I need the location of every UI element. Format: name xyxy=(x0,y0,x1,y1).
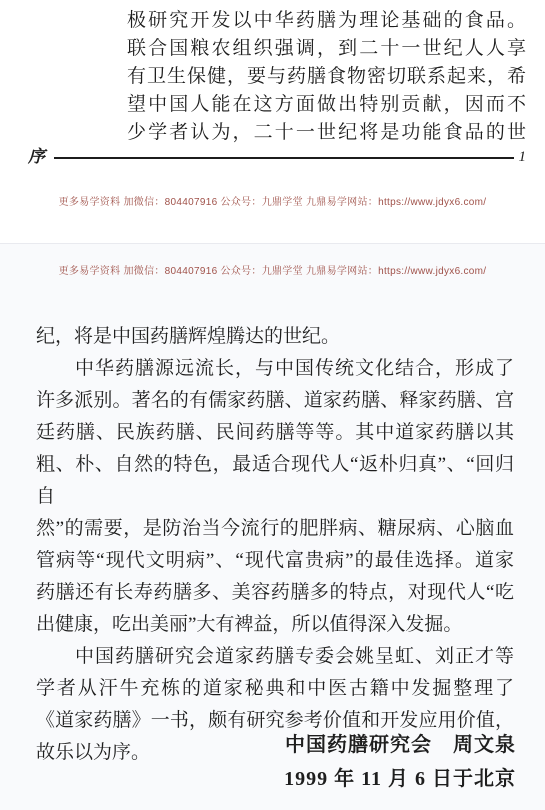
text-line: 中华药膳源远流长，与中国传统文化结合，形成了 xyxy=(36,353,514,385)
text-line: 廷药膳、民族药膳、民间药膳等等。其中道家药膳以其 xyxy=(36,417,514,449)
text-line: 望中国人能在这方面做出特别贡献，因而不 xyxy=(127,91,526,119)
text-line: 许多派别。著名的有儒家药膳、道家药膳、释家药膳、宫 xyxy=(36,385,514,417)
text-line: 管病等“现代文明病”、“现代富贵病”的最佳选择。道家 xyxy=(36,545,514,577)
signature-org-author: 中国药膳研究会 周文泉 xyxy=(284,728,516,762)
text-line: 中国药膳研究会道家药膳专委会姚呈虹、刘正才等 xyxy=(36,641,514,673)
chapter-label: 序 xyxy=(28,146,45,168)
text-line: 纪，将是中国药膳辉煌腾达的世纪。 xyxy=(36,321,514,353)
text-line: 联合国粮农组织强调，到二十一世纪人人享 xyxy=(127,35,526,63)
signature-date: 1999 年 11 月 6 日于北京 xyxy=(284,762,516,796)
text-line: 然”的需要，是防治当今流行的肥胖病、糖尿病、心脑血 xyxy=(36,513,514,545)
text-line: 学者从汗牛充栋的道家秘典和中医古籍中发掘整理了 xyxy=(36,673,514,705)
watermark-line-2: 更多易学资料 加微信：804407916 公众号：九鼎学堂 九鼎易学网站：htt… xyxy=(0,262,545,277)
footer-rule xyxy=(54,157,514,159)
page1-text-block: 极研究开发以中华药膳为理论基础的食品。联合国粮农组织强调，到二十一世纪人人享有卫… xyxy=(127,7,526,147)
text-line: 少学者认为，二十一世纪将是功能食品的世 xyxy=(127,119,526,147)
page1-footer: 序 1 xyxy=(28,146,526,168)
watermark-line-1: 更多易学资料 加微信：804407916 公众号：九鼎学堂 九鼎易学网站：htt… xyxy=(0,193,545,208)
text-line: 极研究开发以中华药膳为理论基础的食品。 xyxy=(127,7,526,35)
scanned-document-page: 极研究开发以中华药膳为理论基础的食品。联合国粮农组织强调，到二十一世纪人人享有卫… xyxy=(0,0,545,810)
page-number: 1 xyxy=(519,149,527,166)
text-line: 药膳还有长寿药膳多、美容药膳多的特点，对现代人“吃 xyxy=(36,577,514,609)
text-line: 出健康，吃出美丽”大有裨益，所以值得深入发掘。 xyxy=(36,609,514,641)
text-line: 粗、朴、自然的特色，最适合现代人“返朴归真”、“回归自 xyxy=(36,449,514,513)
signature-block: 中国药膳研究会 周文泉 1999 年 11 月 6 日于北京 xyxy=(284,728,516,796)
page2-text-block: 纪，将是中国药膳辉煌腾达的世纪。中华药膳源远流长，与中国传统文化结合，形成了许多… xyxy=(36,321,514,769)
text-line: 有卫生保健，要与药膳食物密切联系起来，希 xyxy=(127,63,526,91)
